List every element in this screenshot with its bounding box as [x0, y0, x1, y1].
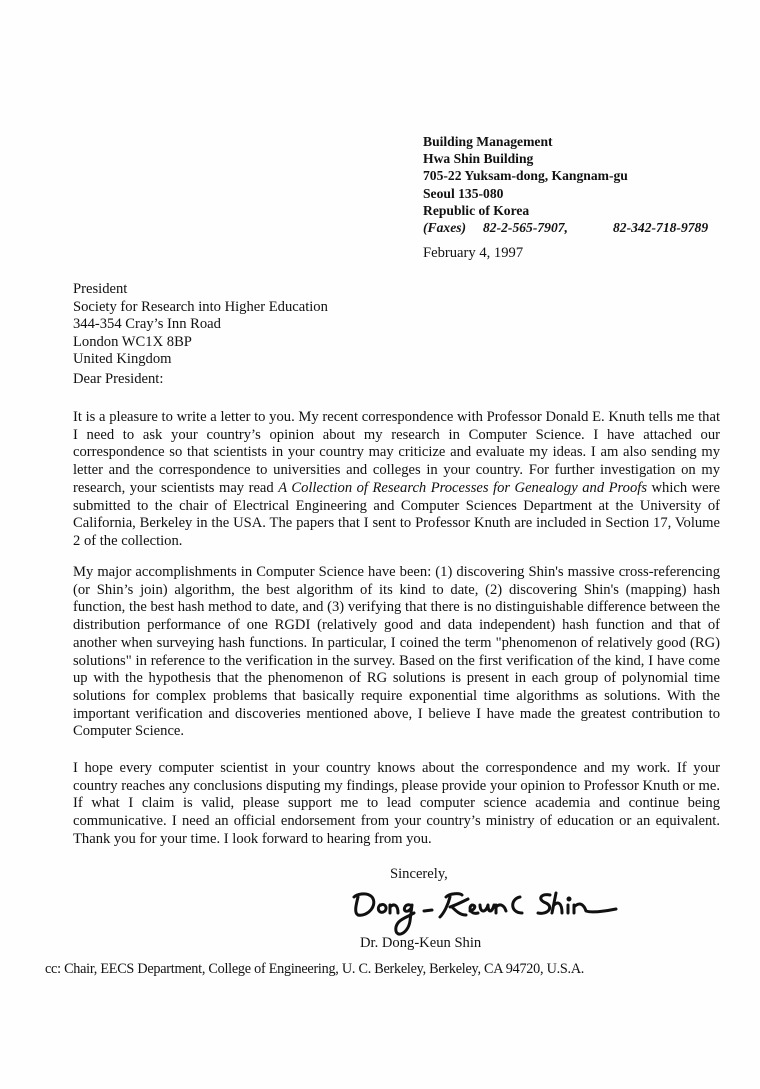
sender-line: 705-22 Yuksam-dong, Kangnam-gu	[423, 167, 708, 184]
body-paragraph-3: I hope every computer scientist in your …	[73, 760, 720, 849]
recipient-line: President	[73, 281, 328, 299]
recipient-address-block: President Society for Research into High…	[73, 281, 328, 369]
salutation: Dear President:	[73, 371, 163, 388]
sender-line: Hwa Shin Building	[423, 150, 708, 167]
sender-address-block: Building Management Hwa Shin Building 70…	[423, 133, 708, 236]
letter-page: Building Management Hwa Shin Building 70…	[0, 0, 760, 1089]
fax-label: (Faxes)	[423, 219, 483, 236]
handwritten-signature	[350, 883, 620, 943]
body-paragraph-1: It is a pleasure to write a letter to yo…	[73, 409, 720, 551]
recipient-line: Society for Research into Higher Educati…	[73, 299, 328, 317]
body-paragraph-2: My major accomplishments in Computer Sci…	[73, 564, 720, 741]
signer-name: Dr. Dong-Keun Shin	[360, 935, 481, 952]
recipient-line: London WC1X 8BP	[73, 334, 328, 352]
recipient-line: 344-354 Cray’s Inn Road	[73, 316, 328, 334]
book-title: A Collection of Research Processes for G…	[278, 480, 647, 496]
letter-date: February 4, 1997	[423, 245, 523, 262]
sender-line: Seoul 135-080	[423, 185, 708, 202]
cc-line: cc: Chair, EECS Department, College of E…	[45, 961, 584, 978]
sender-line: Building Management	[423, 133, 708, 150]
fax-number: 82-2-565-7907,	[483, 219, 613, 236]
fax-number: 82-342-718-9789	[613, 219, 708, 236]
closing: Sincerely,	[390, 866, 448, 883]
sender-line: Republic of Korea	[423, 202, 708, 219]
recipient-line: United Kingdom	[73, 351, 328, 369]
sender-fax-line: (Faxes)82-2-565-7907,82-342-718-9789	[423, 219, 708, 236]
